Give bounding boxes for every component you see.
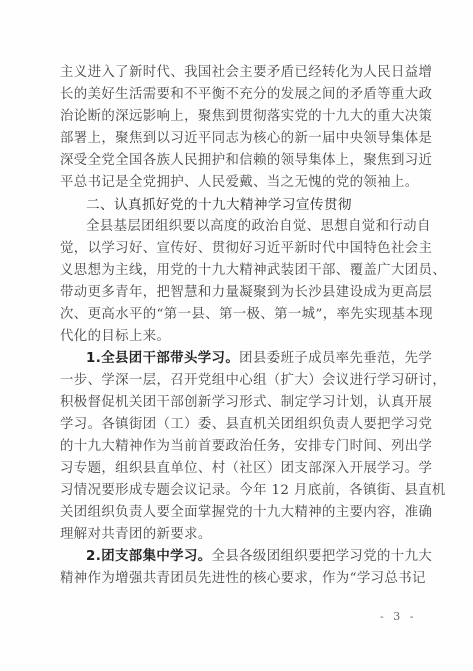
text-line: 习专题，组织县直单位、村（社区）团支部深入开展学习。学 — [60, 458, 410, 480]
text-line: 的十九大精神作为当前首要政治任务，安排专门时间、列出学 — [60, 436, 410, 458]
text-line: 一步、学深一层，召开党组中心组（扩大）会议进行学习研讨， — [60, 370, 410, 392]
text-line: 带动更多青年，把智慧和力量凝聚到为长沙县建设成为更高层 — [60, 282, 410, 304]
text-line: 精神作为增强共青团员先进性的核心要求，作为“学习总书记 — [60, 568, 410, 590]
text-line: 关团组织负责人要全面掌握党的十九大精神的主要内容，准确 — [60, 502, 410, 524]
text-line: 觉，以学习好、宣传好、贯彻好习近平新时代中国特色社会主 — [60, 238, 410, 260]
text-line: 平总书记是全党拥护、人民爱戴、当之无愧的党的领袖上。 — [60, 172, 410, 194]
item-2: 2.团支部集中学习。全县各级团组织要把学习党的十九大 精神作为增强共青团员先进性… — [60, 546, 410, 590]
text-line: 义思想为主线，用党的十九大精神武装团干部、覆盖广大团员、 — [60, 260, 410, 282]
item-2-first-line: 2.团支部集中学习。全县各级团组织要把学习党的十九大 — [60, 546, 410, 568]
item-1-text: 团县委班子成员率先垂范，先学 — [239, 351, 432, 366]
text-line: 积极督促机关团干部创新学习形式、制定学习计划，认真开展 — [60, 392, 410, 414]
text-line: 学习。各镇街团（工）委、县直机关团组织负责人要把学习党 — [60, 414, 410, 436]
paragraph-1: 主义进入了新时代、我国社会主要矛盾已经转化为人民日益增 长的美好生活需要和不平衡… — [60, 62, 410, 194]
text-line: 主义进入了新时代、我国社会主要矛盾已经转化为人民日益增 — [60, 62, 410, 84]
document-page: 主义进入了新时代、我国社会主要矛盾已经转化为人民日益增 长的美好生活需要和不平衡… — [0, 0, 473, 671]
item-2-text: 全县各级团组织要把学习党的十九大 — [212, 549, 433, 564]
paragraph-2: 全县基层团组织要以高度的政治自觉、思想自觉和行动自 觉，以学习好、宣传好、贯彻好… — [60, 216, 410, 348]
item-1: 1.全县团干部带头学习。团县委班子成员率先垂范，先学 一步、学深一层，召开党组中… — [60, 348, 410, 546]
text-line: 长的美好生活需要和不平衡不充分的发展之间的矛盾等重大政 — [60, 84, 410, 106]
text-line: 习情况要形成专题会议记录。今年 12 月底前，各镇街、县直机 — [60, 480, 410, 502]
item-1-title: 1.全县团干部带头学习。 — [86, 351, 239, 366]
text-line: 次、更高水平的“第一县、第一极、第一城”，率先实现基本现 — [60, 304, 410, 326]
text-line: 深受全党全国各族人民拥护和信赖的领导集体上，聚焦到习近 — [60, 150, 410, 172]
text-line: 代化的目标上来。 — [60, 326, 410, 348]
item-2-title: 2.团支部集中学习。 — [86, 549, 212, 564]
item-1-first-line: 1.全县团干部带头学习。团县委班子成员率先垂范，先学 — [60, 348, 410, 370]
text-line: 治论断的深远影响上，聚焦到贯彻落实党的十九大的重大决策 — [60, 106, 410, 128]
text-line: 全县基层团组织要以高度的政治自觉、思想自觉和行动自 — [60, 216, 410, 238]
text-line: 理解对共青团的新要求。 — [60, 524, 410, 546]
text-line: 部署上，聚焦到以习近平同志为核心的新一届中央领导集体是 — [60, 128, 410, 150]
page-number: - 3 - — [380, 610, 416, 623]
document-body: 主义进入了新时代、我国社会主要矛盾已经转化为人民日益增 长的美好生活需要和不平衡… — [60, 62, 410, 590]
section-heading: 二、认真抓好党的十九大精神学习宣传贯彻 — [60, 194, 410, 216]
